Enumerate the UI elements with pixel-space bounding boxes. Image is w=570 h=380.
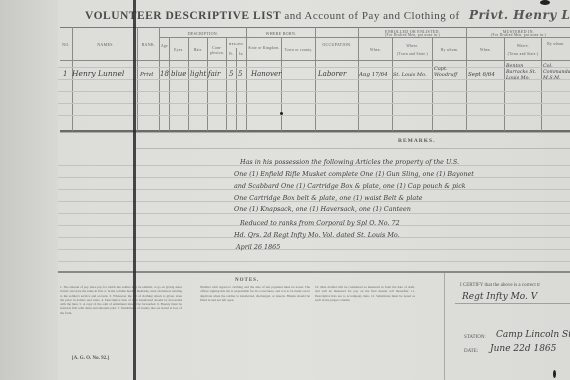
header-hair: Hair. <box>189 48 207 53</box>
remark-line: Reduced to ranks from Corporal by Spl O.… <box>240 219 400 227</box>
header-enrolled-where: Where. <box>393 44 432 49</box>
remark-line: Hd. Qrs. 2d Regt Infty Mo. Vol. dated St… <box>234 231 400 239</box>
header-age: Age <box>160 44 169 49</box>
header-complexion: Com-plexion. <box>208 46 226 56</box>
remark-line: April 26 1865 <box>236 243 280 251</box>
cell-state-kingdom: Hanover <box>251 70 281 78</box>
cell-height-in: 5 <box>238 70 242 78</box>
cell-no: 1 <box>63 70 67 78</box>
header-height-in: In. <box>237 52 246 57</box>
notes-column-1: 1. The amount of pay since pay for which… <box>60 285 182 315</box>
header-occupation: OCCUPATION. <box>316 42 358 47</box>
cell-mustered-where: Benton Barracks St. Louis Mo. <box>506 64 542 82</box>
header-height-ft: Ft. <box>227 52 236 57</box>
cell-hair: light <box>190 70 206 78</box>
cell-enrolled-by: Capt. Woodruff <box>434 66 466 78</box>
ink-blot <box>280 112 283 115</box>
station-value: Camp Lincoln St. <box>496 330 570 340</box>
notes-column-3: 10. Men drafted will be considered as mu… <box>315 285 415 302</box>
cell-eyes: blue <box>171 70 186 78</box>
document-title: VOLUNTEER DESCRIPTIVE LIST and Account o… <box>85 8 570 22</box>
header-eyes: Eyes. <box>170 48 188 53</box>
cell-occupation: Laborer <box>318 70 346 78</box>
header-mustered-when: When. <box>467 48 504 53</box>
remarks-rule <box>136 148 570 149</box>
cert-signature: Regt Infty Mo. V <box>462 292 537 302</box>
remark-line: and Scabbard One (1) Cartridge Box & pla… <box>234 182 466 190</box>
title-handwritten: Privt. Henry Lunnel Company C <box>469 8 570 22</box>
header-height: HEIGHT. <box>227 42 246 47</box>
header-rank: RANK. <box>138 42 159 47</box>
cell-enrolled-when: Aug 17/64 <box>359 71 388 79</box>
header-town-county: Town or county. <box>282 48 315 53</box>
header-description: DESCRIPTION. <box>160 31 246 36</box>
cell-mustered-by: Col. Commandant M.S.M. <box>543 64 570 82</box>
remarks-title: REMARKS. <box>398 138 436 144</box>
header-enrolled-where-sub: (Town and State.) <box>393 52 432 57</box>
remark-line: One (1) Enfield Rifle Musket complete On… <box>234 170 474 178</box>
header-enrolled-sub: (For Drafted Men, put none in.) <box>359 33 466 38</box>
ink-blot <box>540 0 550 5</box>
cell-enrolled-where: St. Louis Mo. <box>393 71 427 79</box>
header-enrolled-by: By whom. <box>433 48 466 53</box>
date-value: June 22d 1865 <box>490 344 556 354</box>
form-number: [A. G. O. No. 92.] <box>72 356 109 361</box>
remark-line: One (1) Knapsack, one (1) Haversack, one… <box>234 205 411 213</box>
cell-age: 18 <box>160 70 169 78</box>
page-margin <box>0 0 58 380</box>
header-mustered-sub: (For Drafted Men, put none in.) <box>467 33 570 38</box>
col-divider <box>236 48 237 131</box>
title-printed: VOLUNTEER DESCRIPTIVE LIST <box>85 10 281 22</box>
date-label: DATE: <box>464 349 478 354</box>
notes-title: NOTES. <box>235 278 259 283</box>
cell-name: Henry Lunnel <box>72 70 124 78</box>
remarks-divider <box>60 132 570 133</box>
document-page: VOLUNTEER DESCRIPTIVE LIST and Account o… <box>0 0 570 380</box>
cert-divider <box>444 273 445 380</box>
remark-line: Has in his possession the following Arti… <box>240 158 459 166</box>
title-rest: and Account of Pay and Clothing of <box>284 10 459 22</box>
binding-spine <box>133 0 136 380</box>
header-mustered-where-sub: (Town and State.) <box>505 52 541 57</box>
header-mustered-by: By whom. <box>542 42 570 47</box>
cell-mustered-when: Sept 6/64 <box>468 71 495 79</box>
header-where-born: WHERE BORN. <box>247 31 315 36</box>
cell-rank: Privt <box>140 71 153 79</box>
header-names: NAMES <box>73 42 137 47</box>
cert-signature-line <box>455 303 570 304</box>
cell-complexion: fair <box>208 70 220 78</box>
cell-height-ft: 5 <box>229 70 233 78</box>
header-state-kingdom: State or Kingdom. <box>247 46 281 51</box>
notes-column-2: Number with regard to clothing and the d… <box>200 285 310 302</box>
header-enrolled-when: When. <box>359 48 392 53</box>
station-label: STATION: <box>464 335 486 340</box>
header-no: No. <box>60 42 72 47</box>
header-mustered-where: Where. <box>505 44 541 49</box>
ink-blot <box>553 370 556 378</box>
col-divider <box>541 38 542 131</box>
remark-line: One Cartridge Box belt & plate, one (1) … <box>234 194 423 202</box>
cert-statement: I CERTIFY that the above is a correct tr <box>460 283 540 288</box>
